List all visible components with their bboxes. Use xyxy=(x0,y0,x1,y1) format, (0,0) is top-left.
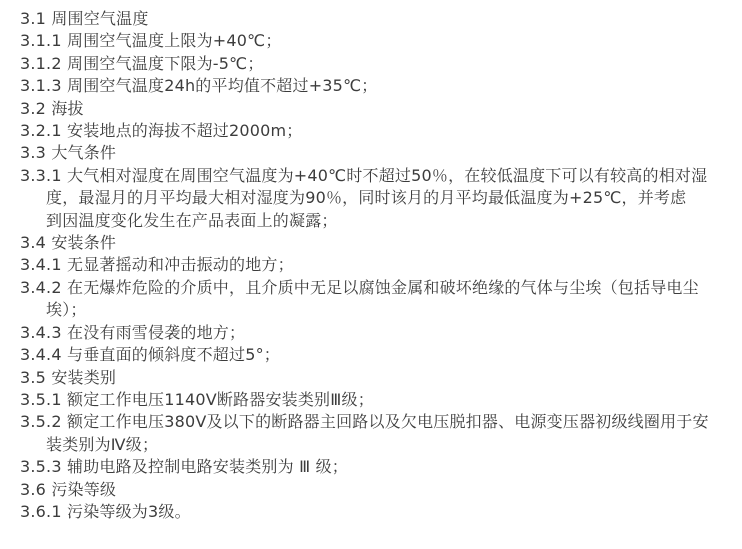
section-heading-3-4: 3.4 安装条件 xyxy=(20,232,728,254)
clause-3-1-1: 3.1.1 周围空气温度上限为+40℃； xyxy=(20,30,728,52)
clause-3-4-2-continuation-1: 埃）； xyxy=(20,299,728,321)
clause-3-6-1: 3.6.1 污染等级为3级。 xyxy=(20,501,728,523)
section-heading-3-3: 3.3 大气条件 xyxy=(20,142,728,164)
clause-3-2-1: 3.2.1 安装地点的海拔不超过2000m； xyxy=(20,120,728,142)
clause-3-3-1-continuation-1: 度，最湿月的月平均最大相对湿度为90％，同时该月的月平均最低温度为+25℃，并考… xyxy=(20,187,728,209)
document-body: 3.1 周围空气温度 3.1.1 周围空气温度上限为+40℃； 3.1.2 周围… xyxy=(20,8,728,523)
document-page: 3.1 周围空气温度 3.1.1 周围空气温度上限为+40℃； 3.1.2 周围… xyxy=(0,0,742,549)
section-heading-3-1: 3.1 周围空气温度 xyxy=(20,8,728,30)
clause-3-4-3: 3.4.3 在没有雨雪侵袭的地方； xyxy=(20,322,728,344)
clause-3-4-4: 3.4.4 与垂直面的倾斜度不超过5°； xyxy=(20,344,728,366)
clause-3-3-1-continuation-2: 到因温度变化发生在产品表面上的凝露； xyxy=(20,210,728,232)
section-heading-3-2: 3.2 海拔 xyxy=(20,98,728,120)
clause-3-4-2: 3.4.2 在无爆炸危险的介质中，且介质中无足以腐蚀金属和破坏绝缘的气体与尘埃（… xyxy=(20,277,728,299)
clause-3-1-3: 3.1.3 周围空气温度24h的平均值不超过+35℃； xyxy=(20,75,728,97)
clause-3-5-3: 3.5.3 辅助电路及控制电路安装类别为 Ⅲ 级； xyxy=(20,456,728,478)
section-heading-3-6: 3.6 污染等级 xyxy=(20,479,728,501)
clause-3-3-1: 3.3.1 大气相对湿度在周围空气温度为+40℃时不超过50％，在较低温度下可以… xyxy=(20,165,728,187)
clause-3-5-2: 3.5.2 额定工作电压380V及以下的断路器主回路以及欠电压脱扣器、电源变压器… xyxy=(20,411,728,433)
clause-3-4-1: 3.4.1 无显著摇动和冲击振动的地方； xyxy=(20,254,728,276)
clause-3-5-1: 3.5.1 额定工作电压1140V断路器安装类别Ⅲ级； xyxy=(20,389,728,411)
section-heading-3-5: 3.5 安装类别 xyxy=(20,367,728,389)
clause-3-1-2: 3.1.2 周围空气温度下限为-5℃； xyxy=(20,53,728,75)
clause-3-5-2-continuation-1: 装类别为Ⅳ级； xyxy=(20,434,728,456)
